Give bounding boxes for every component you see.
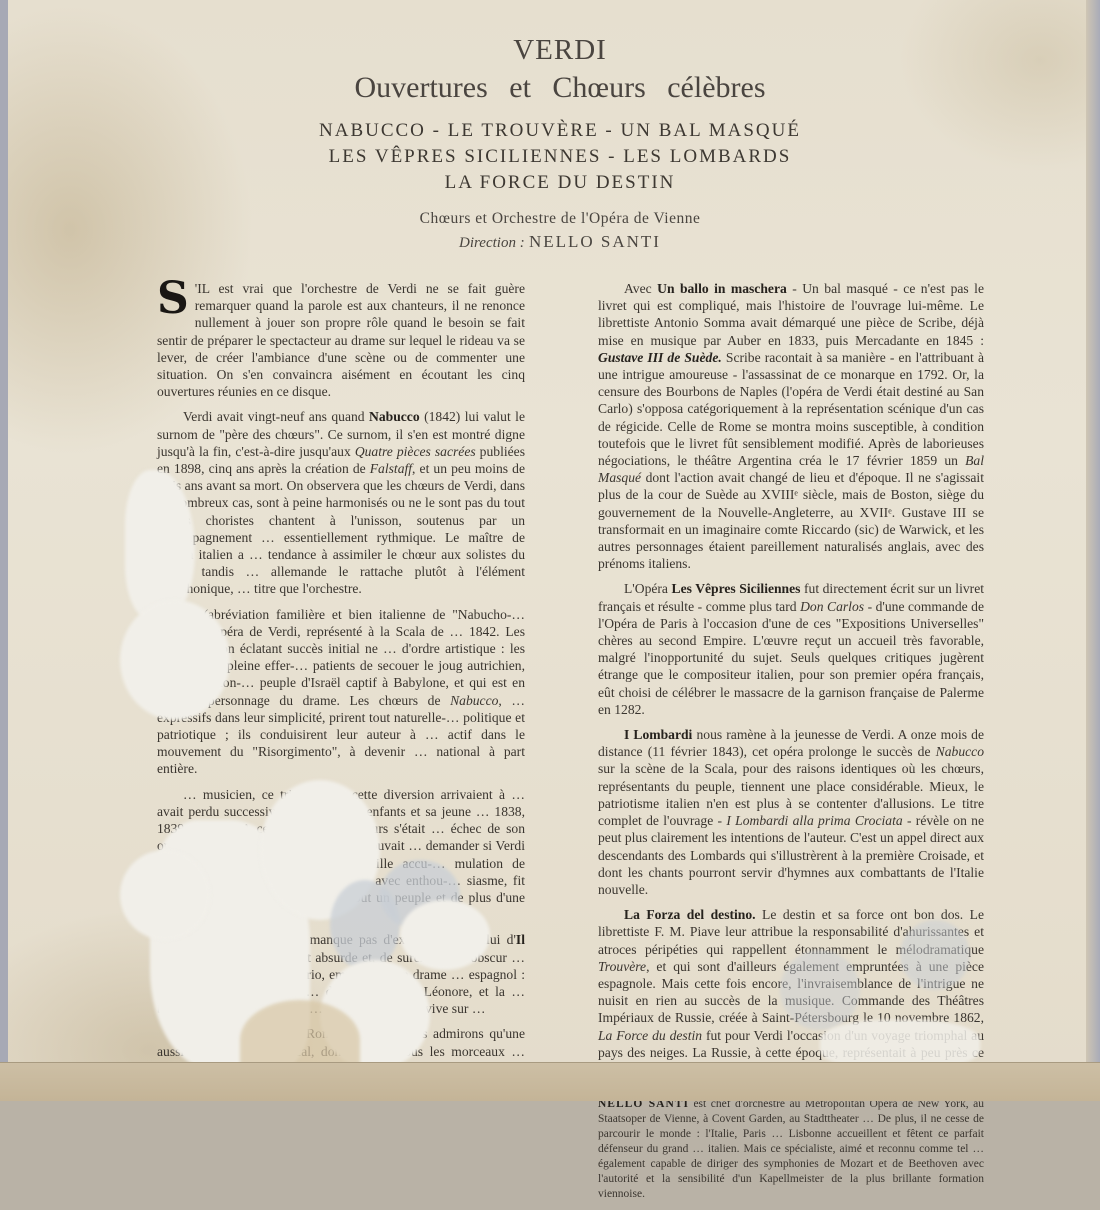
sleeve-header: VERDI Ouvertures et Chœurs célèbres NABU… xyxy=(280,32,840,255)
background-edge xyxy=(0,0,8,1100)
background-edge xyxy=(1086,0,1100,1100)
performers: Chœurs et Orchestre de l'Opéra de Vienne xyxy=(280,208,840,230)
paragraph-vepres: L'Opéra Les Vêpres Siciliennes fut direc… xyxy=(598,580,984,718)
composer-name: VERDI xyxy=(280,32,840,68)
paper-damage xyxy=(400,900,490,970)
conductor-name: NELLO SANTI xyxy=(529,232,661,251)
works-list: NABUCCO - LE TROUVÈRE - UN BAL MASQUÉ LE… xyxy=(280,118,840,196)
paper-damage xyxy=(120,600,230,720)
paragraph-nabucco: Verdi avait vingt-neuf ans quand Nabucco… xyxy=(157,408,525,597)
paragraph-ballo: Avec Un ballo in maschera - Un bal masqu… xyxy=(598,280,984,572)
paper-damage xyxy=(900,920,970,990)
paragraph-lombardi: I Lombardi nous ramène à la jeunesse de … xyxy=(598,726,984,898)
works-line: LES VÊPRES SICILIENNES - LES LOMBARDS xyxy=(280,144,840,170)
sleeve-bottom-edge xyxy=(0,1062,1100,1100)
paper-damage xyxy=(780,950,860,1030)
works-line: NABUCCO - LE TROUVÈRE - UN BAL MASQUÉ xyxy=(280,118,840,144)
works-line: LA FORCE DU DESTIN xyxy=(280,170,840,196)
drop-cap: S xyxy=(157,282,189,316)
direction-label: Direction : xyxy=(459,235,525,251)
paragraph-intro: S'IL est vrai que l'orchestre de Verdi n… xyxy=(157,280,525,400)
record-sleeve-back: VERDI Ouvertures et Chœurs célèbres NABU… xyxy=(0,0,1100,1100)
album-title: Ouvertures et Chœurs célèbres xyxy=(280,68,840,108)
conductor-credit: Direction : NELLO SANTI xyxy=(280,230,840,255)
paper-damage xyxy=(120,850,210,940)
